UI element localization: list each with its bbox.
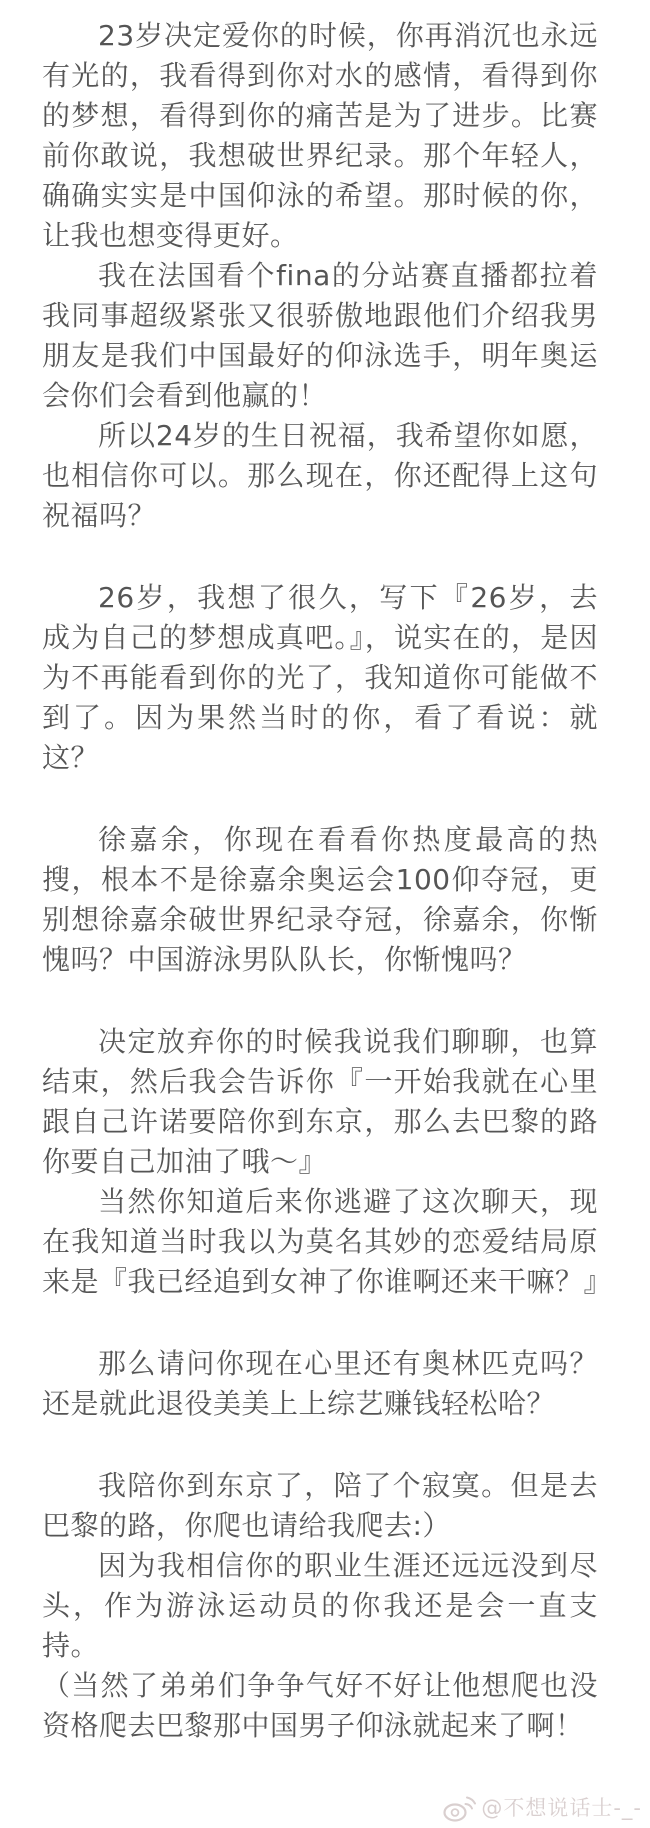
paragraph: 我陪你到东京了，陪了个寂寞。但是去巴黎的路，你爬也请给我爬去:） — [42, 1466, 598, 1546]
text-block-4: 决定放弃你的时候我说我们聊聊，也算结束，然后我会告诉你『一开始我就在心里跟自己许… — [42, 1022, 598, 1302]
screenshot-page: 23岁决定爱你的时候，你再消沉也永远有光的，我看得到你对水的感情，看得到你的梦想… — [0, 0, 650, 1828]
paragraph: 因为我相信你的职业生涯还远远没到尽头，作为游泳运动员的你我还是会一直支持。 — [42, 1546, 598, 1666]
text-block-3: 徐嘉余，你现在看看你热度最高的热搜，根本不是徐嘉余奥运会100仰夺冠，更别想徐嘉… — [42, 820, 598, 980]
text-block-2: 26岁，我想了很久，写下『26岁，去成为自己的梦想成真吧。』，说实在的，是因为不… — [42, 578, 598, 778]
text-block-6: 我陪你到东京了，陪了个寂寞。但是去巴黎的路，你爬也请给我爬去:） 因为我相信你的… — [42, 1466, 598, 1746]
paragraph: 徐嘉余，你现在看看你热度最高的热搜，根本不是徐嘉余奥运会100仰夺冠，更别想徐嘉… — [42, 820, 598, 980]
paragraph: 那么请问你现在心里还有奥林匹克吗？还是就此退役美美上上综艺赚钱轻松哈？ — [42, 1344, 598, 1424]
paragraph: （当然了弟弟们争争气好不好让他想爬也没资格爬去巴黎那中国男子仰泳就起来了啊！ — [42, 1666, 598, 1746]
weibo-logo-icon — [442, 1794, 476, 1822]
paragraph: 26岁，我想了很久，写下『26岁，去成为自己的梦想成真吧。』，说实在的，是因为不… — [42, 578, 598, 778]
paragraph: 我在法国看个fina的分站赛直播都拉着我同事超级紧张又很骄傲地跟他们介绍我男朋友… — [42, 256, 598, 416]
paragraph: 23岁决定爱你的时候，你再消沉也永远有光的，我看得到你对水的感情，看得到你的梦想… — [42, 16, 598, 256]
text-block-1: 23岁决定爱你的时候，你再消沉也永远有光的，我看得到你对水的感情，看得到你的梦想… — [42, 16, 598, 536]
paragraph: 所以24岁的生日祝福，我希望你如愿，也相信你可以。那么现在，你还配得上这句祝福吗… — [42, 416, 598, 536]
post-text: 23岁决定爱你的时候，你再消沉也永远有光的，我看得到你对水的感情，看得到你的梦想… — [0, 0, 650, 1746]
paragraph: 当然你知道后来你逃避了这次聊天，现在我知道当时我以为莫名其妙的恋爱结局原来是『我… — [42, 1182, 598, 1302]
watermark-username: @不想说话士-_- — [481, 1794, 642, 1822]
watermark: @不想说话士-_- — [442, 1794, 642, 1822]
paragraph: 决定放弃你的时候我说我们聊聊，也算结束，然后我会告诉你『一开始我就在心里跟自己许… — [42, 1022, 598, 1182]
text-block-5: 那么请问你现在心里还有奥林匹克吗？还是就此退役美美上上综艺赚钱轻松哈？ — [42, 1344, 598, 1424]
